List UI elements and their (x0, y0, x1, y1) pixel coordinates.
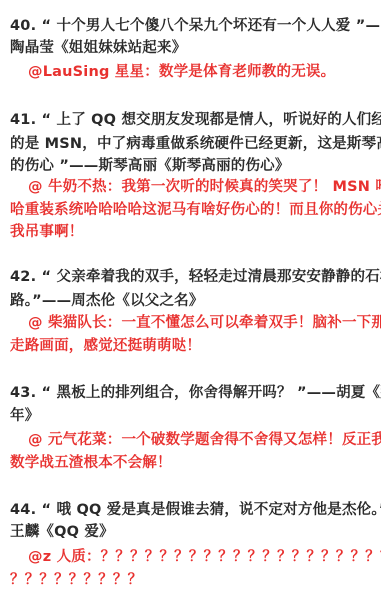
entry-40-quote-line-1: 40. “ 十个男人七个傻八个呆九个坏还有一个人人爱 ”—— (10, 17, 381, 35)
entry-42-comment-line-2: 走路画面，感觉还挺萌萌哒！ (10, 337, 201, 355)
entry-41-comment-line-3: 我吊事啊！ (10, 223, 84, 241)
entry-41-comment-line-1: @ 牛奶不热：我第一次听的时候真的笑哭了！ MSN 哈哈哈 (28, 178, 381, 196)
entry-41-quote-line-1: 41. “ 上了 QQ 想交朋友发现都是情人，听说好的人们经常用 (10, 111, 381, 129)
entry-43-quote-line-2: 年》 (10, 407, 39, 425)
entry-43-comment-line-1: @ 元气花菜：一个破数学题舍得不舍得又怎样！反正我是 (28, 431, 381, 449)
entry-40-comment-line-1: @LauSing 星星：数学是体育老师教的无误。 (28, 63, 335, 81)
entry-44-quote-line-1: 44. “ 哦 QQ 爱是真是假谁去猜，说不定对方他是杰伦。”—— (10, 501, 381, 519)
entry-40-quote-line-2: 陶晶莹《姐姐妹妹站起来》 (10, 39, 186, 57)
entry-42-quote-line-1: 42. “ 父亲牵着我的双手，轻轻走过清晨那安安静静的石板 (10, 268, 381, 286)
entry-44-quote-line-2: 王麟《QQ 爱》 (10, 523, 114, 541)
entry-42-comment-line-1: @ 柴猫队长：一直不懂怎么可以牵着双手！脑补一下那种 (28, 314, 381, 332)
entry-41-quote-line-2: 的是 MSN，中了病毒重做系统硬件已经更新，这是斯琴高丽 (10, 135, 381, 153)
entry-44-comment-line-1: @z 人质：？？？？？？？？？？？？？？？？？？？？？？ (28, 548, 381, 566)
entry-42-quote-line-2: 路。”——周杰伦《以父之名》 (10, 292, 204, 310)
entry-41-comment-line-2: 哈重装系统哈哈哈哈这泥马有啥好伤心的！而且你的伤心关 (10, 201, 381, 219)
entry-43-quote-line-1: 43. “ 黑板上的排列组合，你舍得解开吗？ ”——胡夏《那些 (10, 384, 381, 402)
entry-41-quote-line-3: 的伤心 ”——斯琴高丽《斯琴高丽的伤心》 (10, 157, 290, 175)
entry-44-comment-line-2: ？？？？？？？？？ (10, 571, 142, 589)
entry-43-comment-line-2: 数学战五渣根本不会解！ (10, 454, 172, 472)
